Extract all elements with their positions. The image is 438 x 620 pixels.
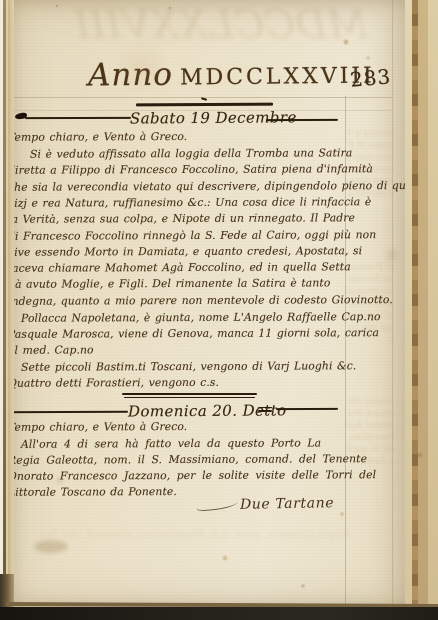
body-line: faceva chiamare Mahomet Agà Foccolino, e…: [8, 259, 353, 276]
heading-rule-right: [276, 408, 338, 410]
book-cover-strip: [0, 607, 438, 620]
body-line: di Francesco Foccolino rinnegò la S. Fed…: [8, 227, 353, 244]
body-line: indegna, quanto a mio parere non mentevo…: [8, 292, 353, 309]
shipping-line: al med. Cap.no: [8, 341, 353, 358]
shipping-line: Pollacca Napoletana, è giunta, nome L'An…: [8, 309, 366, 326]
body-line: la Verità, senza sua colpa, e Nipote di …: [8, 210, 353, 227]
heading-dash-bottom: [258, 410, 272, 412]
entry-heading-sunday: Domenica 20. Detto: [128, 402, 258, 421]
body-line: All'ora 4 di sera hà fatto vela da quest…: [8, 435, 366, 452]
year-title: AnnoMDCCLXXVIII: [88, 54, 375, 93]
fore-edge-strip: [428, 0, 438, 611]
body-line: Si è veduto affissato alla loggia della …: [8, 145, 375, 162]
body-line: Onorato Francesco Jazzano, per le solite…: [8, 467, 353, 484]
page-stack-left: [6, 0, 14, 612]
heading-rule-right: [266, 119, 338, 121]
weather-line: Tempo chiaro, e Vento à Greco.: [8, 418, 353, 435]
heading-rule-left: [25, 117, 131, 119]
weather-line: Tempo chiaro, e Vento à Greco.: [8, 128, 353, 145]
year-title-word: Anno: [88, 57, 173, 94]
heading-dash-top: [258, 407, 272, 409]
body-line: hà avuto Moglie, e Figli. Del rimanente …: [8, 275, 353, 292]
body-line: diretta a Filippo di Francesco Foccolino…: [8, 161, 353, 178]
fore-edge-strip: [405, 0, 412, 611]
year-title-numerals: MDCCLXXVIII: [180, 63, 375, 90]
shipping-line: Quattro detti Forastieri, vengono c.s.: [8, 374, 353, 391]
body-line: che sia la verecondia vietato qui descri…: [8, 178, 353, 195]
page-number: 283: [349, 64, 392, 91]
margin-smudge: [34, 540, 68, 553]
shipping-line: Pasquale Marosca, viene di Genova, manca…: [8, 325, 353, 342]
divider-rule-top: [122, 393, 257, 395]
body-line: vizj e rea Natura, ruffianesimo &c.: Una…: [8, 194, 353, 211]
fore-edge-strip: [418, 0, 428, 611]
divider-rule-bottom: [124, 397, 255, 399]
entry-heading-saturday: Sabato 19 Decembre: [130, 109, 266, 128]
body-line: vive essendo Morto in Damiata, e quanto …: [8, 243, 353, 260]
marginal-note-ships: Due Tartane: [240, 495, 334, 513]
body-line: Regia Galeotta, nom. il S. Massimiano, c…: [8, 451, 353, 468]
shipping-line: Sette piccoli Bastim.ti Toscani, vengono…: [8, 358, 366, 375]
manuscript-scan: MDCCLXXVIII diretta a Filippo di Frances…: [0, 0, 438, 620]
